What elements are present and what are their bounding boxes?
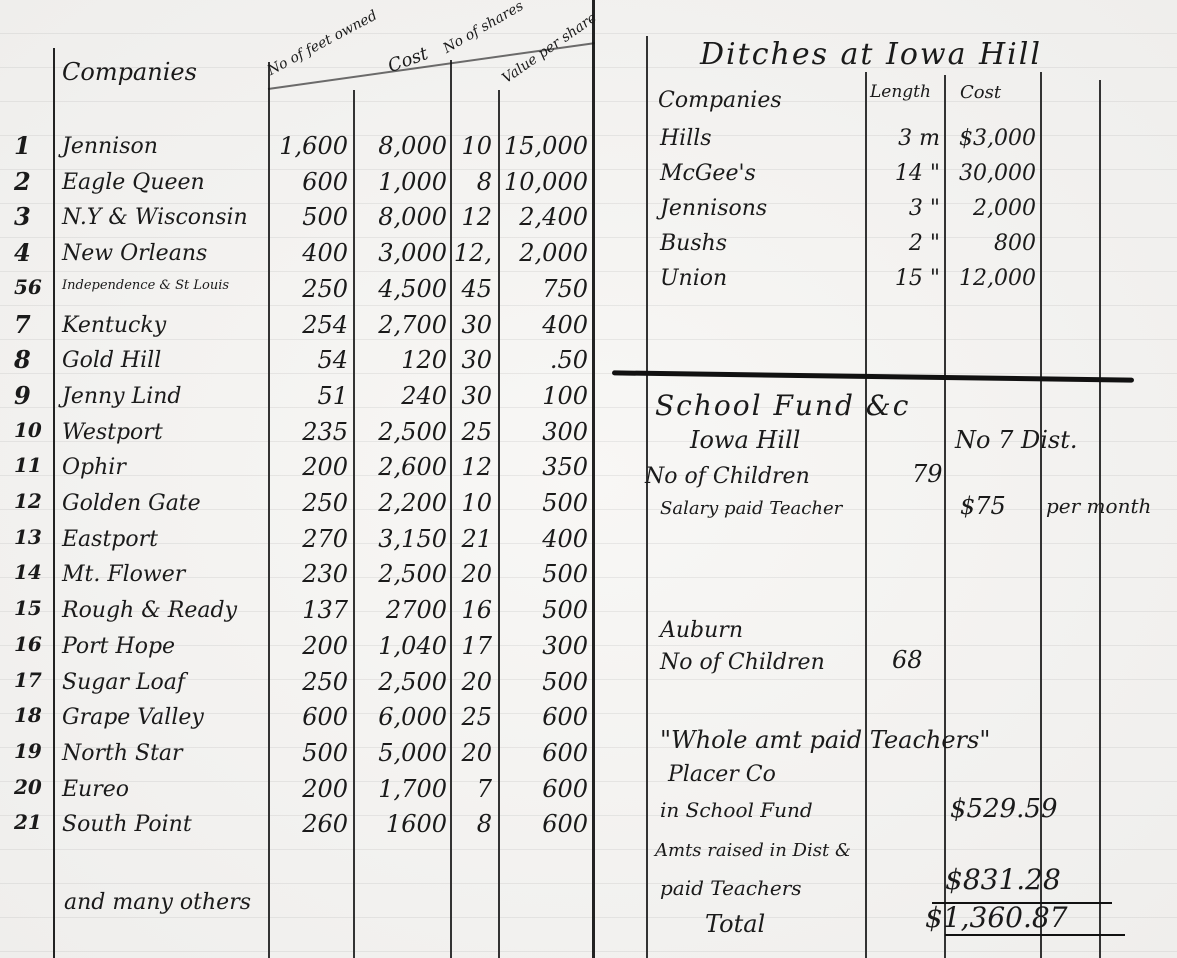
company-name: Golden Gate [62, 493, 201, 515]
column-rule [865, 72, 867, 958]
row-number: 18 [14, 705, 42, 725]
company-name: Independence & St Louis [62, 279, 229, 292]
row-number: 2 [14, 170, 31, 194]
company-name: North Star [62, 743, 183, 765]
school-fund-label: in School Fund [660, 800, 813, 820]
column-rule [1040, 72, 1042, 958]
value-per-share: 750 [500, 277, 588, 301]
ditches-header-length: Length [870, 84, 931, 101]
ditch-cost: $3,000 [946, 128, 1036, 150]
row-number: 20 [14, 777, 42, 797]
ditches-header-companies: Companies [658, 90, 782, 112]
value-per-share: 2,000 [500, 241, 588, 265]
salary-amount: $75 [960, 494, 1006, 518]
shares: 45 [452, 277, 492, 301]
cost: 1,700 [355, 777, 447, 801]
school-fund-amount: $529.59 [950, 796, 1058, 822]
value-per-share: 15,000 [500, 134, 588, 158]
value-per-share: 600 [500, 812, 588, 836]
children-label: No of Children [645, 466, 810, 488]
district-label: No 7 Dist. [955, 428, 1077, 452]
children-count: 79 [912, 462, 943, 486]
salary-period: per month [1046, 496, 1151, 516]
ditch-company: Hills [660, 128, 712, 150]
header-companies: Companies [62, 60, 197, 84]
ditch-length: 14 " [868, 163, 940, 185]
column-rule [646, 36, 648, 958]
shares: 12 [452, 205, 492, 229]
row-number: 11 [14, 455, 42, 475]
company-name: Rough & Ready [62, 600, 237, 622]
cost: 2,500 [355, 420, 447, 444]
company-name: South Point [62, 814, 192, 836]
feet-owned: 250 [270, 277, 348, 301]
feet-owned: 250 [270, 670, 348, 694]
ditch-cost: 800 [946, 233, 1036, 255]
row-number: 8 [14, 348, 31, 372]
paid-teachers-amount: $831.28 [945, 866, 1061, 894]
ditch-cost: 12,000 [946, 268, 1036, 290]
row-number: 19 [14, 741, 42, 761]
shares: 12, [452, 241, 492, 265]
feet-owned: 54 [270, 348, 348, 372]
cost: 3,150 [355, 527, 447, 551]
row-number: 14 [14, 562, 42, 582]
value-per-share: 500 [500, 598, 588, 622]
value-per-share: .50 [500, 348, 588, 372]
cost: 2,600 [355, 455, 447, 479]
company-name: Kentucky [62, 315, 166, 337]
school-fund-title: School Fund &c [655, 392, 910, 420]
feet-owned: 600 [270, 170, 348, 194]
ditch-company: Bushs [660, 233, 727, 255]
feet-owned: 270 [270, 527, 348, 551]
feet-owned: 254 [270, 313, 348, 337]
shares: 30 [452, 313, 492, 337]
feet-owned: 1,600 [270, 134, 348, 158]
feet-owned: 250 [270, 491, 348, 515]
header-feet-owned: No of feet owned [265, 9, 379, 78]
row-number: 16 [14, 634, 42, 654]
feet-owned: 230 [270, 562, 348, 586]
total-label: Total [705, 912, 765, 936]
feet-owned: 260 [270, 812, 348, 836]
row-number: 21 [14, 812, 42, 832]
footer-note: and many others [64, 892, 251, 914]
cost: 1,000 [355, 170, 447, 194]
row-number: 10 [14, 420, 42, 440]
row-number: 17 [14, 670, 42, 690]
ditch-company: Union [660, 268, 727, 290]
cost: 1,040 [355, 634, 447, 658]
shares: 16 [452, 598, 492, 622]
feet-owned: 500 [270, 741, 348, 765]
feet-owned: 51 [270, 384, 348, 408]
company-name: Port Hope [62, 636, 175, 658]
cost: 2,500 [355, 670, 447, 694]
shares: 10 [452, 491, 492, 515]
cost: 240 [355, 384, 447, 408]
feet-owned: 400 [270, 241, 348, 265]
cost: 2,200 [355, 491, 447, 515]
whole-amount-label: "Whole amt paid Teachers" [660, 728, 990, 752]
ditch-length: 2 " [868, 233, 940, 255]
salary-label: Salary paid Teacher [660, 500, 842, 518]
row-number: 4 [14, 241, 31, 265]
iowa-hill-label: Iowa Hill [690, 428, 800, 452]
value-per-share: 600 [500, 705, 588, 729]
company-name: Ophir [62, 457, 126, 479]
shares: 21 [452, 527, 492, 551]
header-shares: No of shares [441, 0, 526, 56]
auburn-children-label: No of Children [660, 652, 825, 674]
company-name: N.Y & Wisconsin [62, 207, 248, 229]
company-name: Eagle Queen [62, 172, 205, 194]
company-name: Sugar Loaf [62, 672, 185, 694]
cost: 2700 [355, 598, 447, 622]
shares: 20 [452, 562, 492, 586]
value-per-share: 600 [500, 777, 588, 801]
row-number: 12 [14, 491, 42, 511]
cost: 8,000 [355, 134, 447, 158]
company-name: Jennison [62, 136, 158, 158]
amts-raised-label: Amts raised in Dist & [655, 842, 851, 860]
column-rule [1099, 80, 1101, 958]
ditch-company: Jennisons [660, 198, 767, 220]
value-per-share: 500 [500, 562, 588, 586]
value-per-share: 100 [500, 384, 588, 408]
total-amount: $1,360.87 [925, 904, 1068, 932]
cost: 1600 [355, 812, 447, 836]
paid-teachers-label: paid Teachers [660, 878, 802, 898]
cost: 3,000 [355, 241, 447, 265]
ditch-company: McGee's [660, 163, 756, 185]
ditches-title: Ditches at Iowa Hill [700, 40, 1042, 70]
ditches-header-cost: Cost [960, 84, 1001, 102]
page-gutter [592, 0, 595, 958]
company-name: Eastport [62, 529, 158, 551]
value-per-share: 300 [500, 420, 588, 444]
feet-owned: 200 [270, 634, 348, 658]
value-per-share: 350 [500, 455, 588, 479]
feet-owned: 137 [270, 598, 348, 622]
shares: 20 [452, 741, 492, 765]
shares: 8 [452, 812, 492, 836]
company-name: Eureo [62, 779, 129, 801]
value-per-share: 400 [500, 313, 588, 337]
feet-owned: 235 [270, 420, 348, 444]
cost: 2,500 [355, 562, 447, 586]
value-per-share: 500 [500, 491, 588, 515]
value-per-share: 10,000 [500, 170, 588, 194]
ditch-cost: 2,000 [946, 198, 1036, 220]
row-number: 1 [14, 134, 31, 158]
feet-owned: 200 [270, 777, 348, 801]
ditch-length: 3 m [868, 128, 940, 150]
value-per-share: 2,400 [500, 205, 588, 229]
cost: 5,000 [355, 741, 447, 765]
value-per-share: 600 [500, 741, 588, 765]
feet-owned: 600 [270, 705, 348, 729]
ditch-cost: 30,000 [946, 163, 1036, 185]
feet-owned: 200 [270, 455, 348, 479]
company-name: Westport [62, 422, 163, 444]
row-number: 56 [14, 277, 42, 297]
cost: 4,500 [355, 277, 447, 301]
placer-co-label: Placer Co [668, 764, 776, 786]
row-number: 15 [14, 598, 42, 618]
company-name: Jenny Lind [62, 386, 182, 408]
cost: 8,000 [355, 205, 447, 229]
cost: 120 [355, 348, 447, 372]
shares: 10 [452, 134, 492, 158]
shares: 7 [452, 777, 492, 801]
shares: 12 [452, 455, 492, 479]
auburn-label: Auburn [660, 620, 743, 642]
shares: 20 [452, 670, 492, 694]
value-per-share: 400 [500, 527, 588, 551]
auburn-children-count: 68 [892, 648, 923, 672]
shares: 30 [452, 348, 492, 372]
row-number: 3 [14, 205, 31, 229]
shares: 30 [452, 384, 492, 408]
cost: 2,700 [355, 313, 447, 337]
value-per-share: 300 [500, 634, 588, 658]
shares: 25 [452, 705, 492, 729]
ditch-length: 3 " [868, 198, 940, 220]
ledger-page: Companies No of feet owned Cost No of sh… [0, 0, 1177, 958]
company-name: Grape Valley [62, 707, 204, 729]
company-name: Mt. Flower [62, 564, 185, 586]
row-number: 9 [14, 384, 31, 408]
section-divider [612, 370, 1134, 382]
ditch-length: 15 " [868, 268, 940, 290]
row-number: 13 [14, 527, 42, 547]
shares: 25 [452, 420, 492, 444]
cost: 6,000 [355, 705, 447, 729]
row-number: 7 [14, 313, 31, 337]
value-per-share: 500 [500, 670, 588, 694]
shares: 17 [452, 634, 492, 658]
total-rule [945, 934, 1125, 936]
column-rule [53, 48, 55, 958]
company-name: Gold Hill [62, 350, 161, 372]
feet-owned: 500 [270, 205, 348, 229]
company-name: New Orleans [62, 243, 207, 265]
shares: 8 [452, 170, 492, 194]
